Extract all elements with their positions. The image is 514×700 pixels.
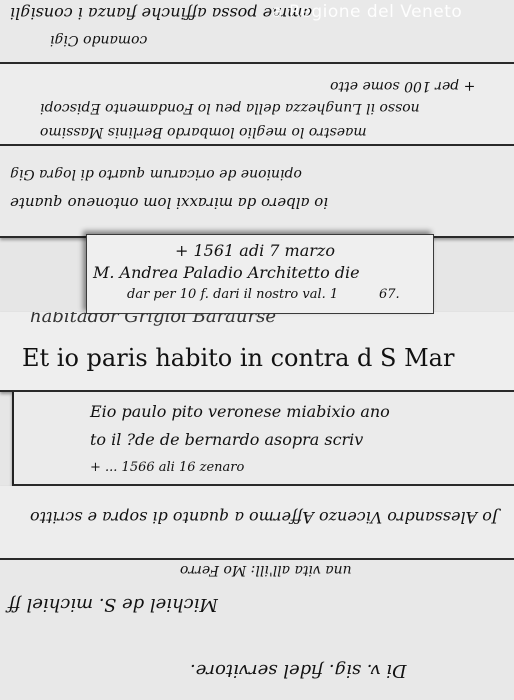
palladio-note-card: + 1561 adi 7 marzo M. Andrea Paladio Arc… xyxy=(86,234,434,314)
handwritten-line: to il ?de de bernardo asopra scriv xyxy=(90,430,363,449)
handwritten-line: + ... 1566 ali 16 zenaro xyxy=(90,460,244,475)
handwritten-line: Eio paulo pito veronese miabixio ano xyxy=(90,402,390,421)
handwritten-line: Michiel de S. michiel ff xyxy=(8,594,218,615)
manuscript-strip-7: una vita all'ill: Mo Ferro Michiel de S.… xyxy=(0,560,514,700)
note-line-2: dar per 10 f. dari il nostro val. 1 xyxy=(127,287,338,302)
handwritten-line: Et io paris habito in contra d S Mar xyxy=(22,344,454,372)
handwritten-line: opinione de oricarum quarto di logra Gig xyxy=(10,166,302,182)
handwritten-line: habitador Grigiol Baraurse xyxy=(30,312,276,327)
handwritten-line: + per 100 some etto xyxy=(330,78,475,94)
manuscript-strip-4: habitador Grigiol Baraurse Et io paris h… xyxy=(0,312,514,392)
note-date: + 1561 adi 7 marzo xyxy=(175,241,335,260)
manuscript-strip-2: + per 100 some etto nosso il Lunghezza d… xyxy=(0,64,514,146)
handwritten-line: amme possa affinche fianza i consigli xyxy=(10,4,312,23)
manuscript-strip-6: Jo Alessandro Vicenzo Affermo a quanto d… xyxy=(0,486,514,560)
handwritten-line: Jo Alessandro Vicenzo Affermo a quanto d… xyxy=(30,508,498,527)
handwritten-line: una vita all'ill: Mo Ferro xyxy=(180,562,352,578)
manuscript-strip-3: opinione de oricarum quarto di logra Gig… xyxy=(0,146,514,238)
handwritten-line: comando Cigi xyxy=(50,32,147,48)
handwritten-line: maestro lo meglio lombardo Berlinis Mass… xyxy=(40,124,367,140)
watermark-text: a Regione del Veneto xyxy=(272,2,462,22)
note-line-1: M. Andrea Paladio Architetto die xyxy=(93,263,360,282)
manuscript-strip-5: Eio paulo pito veronese miabixio ano to … xyxy=(12,392,514,486)
handwritten-line: Di v. sig. fidel servitore. xyxy=(190,660,406,681)
note-amount: 67. xyxy=(379,287,400,302)
handwritten-line: nosso il Lunghezza della peu lo Fondamen… xyxy=(40,100,420,116)
handwritten-line: io albero da miraxxi lom ontoneuo quante xyxy=(10,194,328,212)
